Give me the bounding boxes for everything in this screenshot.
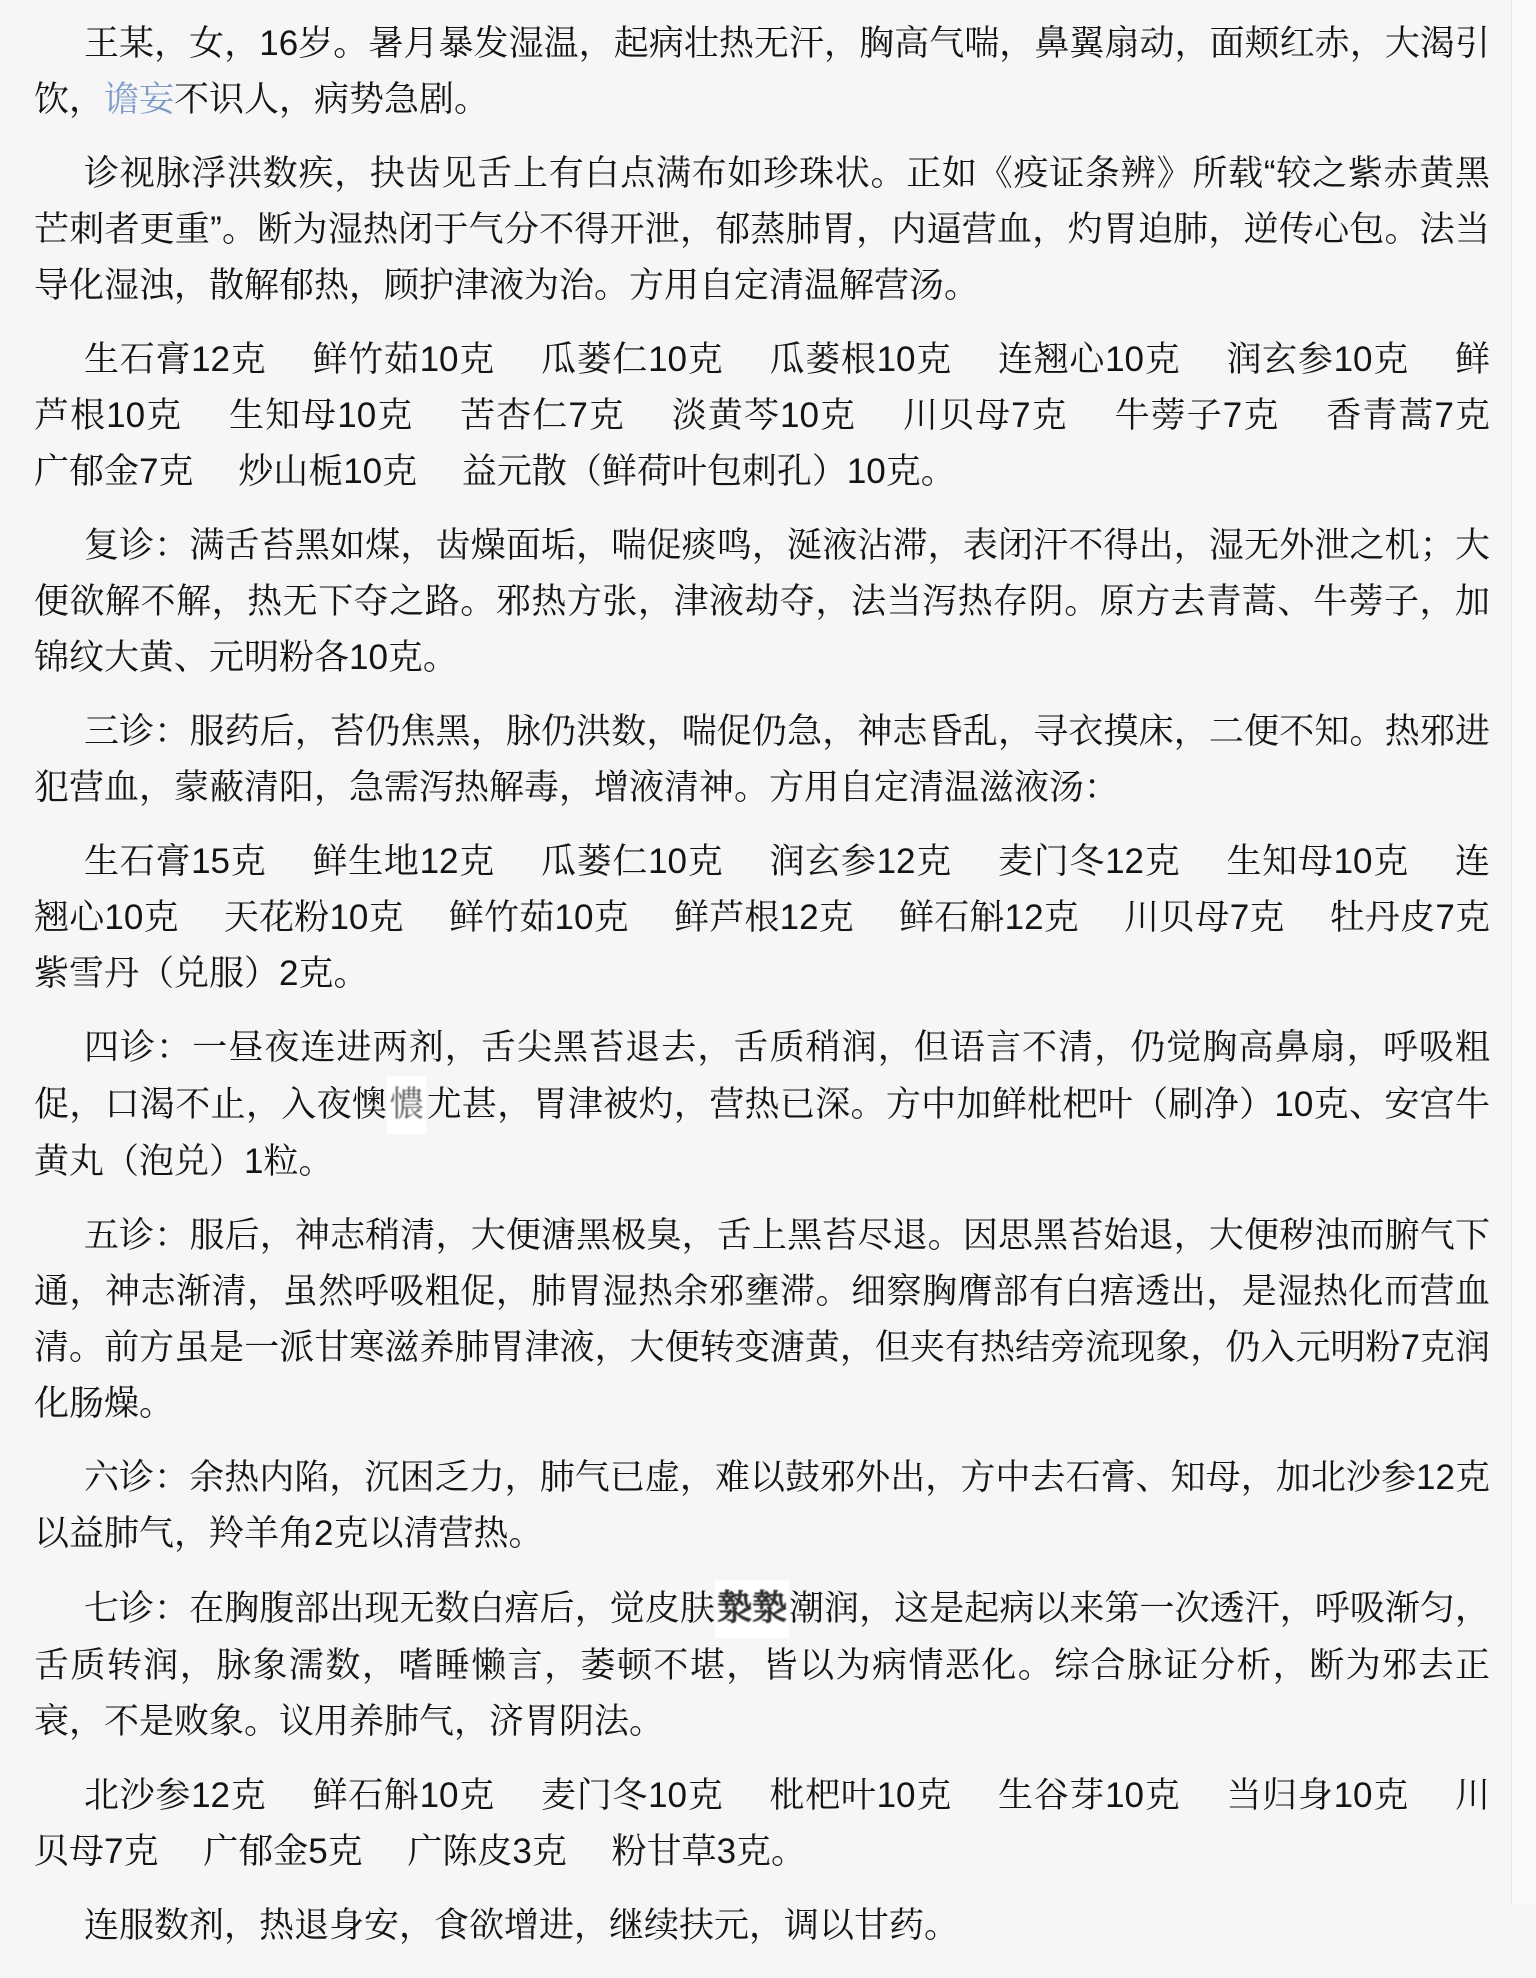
paragraph-second-visit: 复诊：满舌苔黑如煤，齿燥面垢，喘促痰鸣，涎液沾滞，表闭汗不得出，湿无外泄之机；大…	[34, 518, 1490, 686]
term-link-delirium[interactable]: 谵妄	[104, 80, 174, 119]
prescription-3: 北沙参12克 鲜石斛10克 麦门冬10克 枇杷叶10克 生谷芽10克 当归身10…	[34, 1768, 1490, 1880]
paragraph-fifth-visit: 五诊：服后，神志稍清，大便溏黑极臭，舌上黑苔尽退。因思黑苔始退，大便秽浊而腑气下…	[34, 1208, 1490, 1432]
paragraph-first-visit: 诊视脉浮洪数疾，抉齿见舌上有白点满布如珍珠状。正如《疫证条辨》所载“较之紫赤黄黑…	[34, 146, 1490, 314]
rare-char-image-nao: 憹	[387, 1076, 426, 1134]
prescription-2: 生石膏15克 鲜生地12克 瓜蒌仁10克 润玄参12克 麦门冬12克 生知母10…	[34, 834, 1490, 1002]
paragraph-third-visit: 三诊：服药后，苔仍焦黑，脉仍洪数，喘促仍急，神志昏乱，寻衣摸床，二便不知。热邪进…	[34, 704, 1490, 816]
paragraph-case-intro: 王某，女，16岁。暑月暴发湿温，起病壮热无汗，胸高气喘，鼻翼扇动，面颊红赤，大渴…	[34, 16, 1490, 128]
text-segment: 七诊：在胸腹部出现无数白痦后，觉皮肤	[84, 1589, 715, 1628]
scrollbar-track[interactable]	[1511, 0, 1536, 1904]
paragraph-outcome: 连服数剂，热退身安，食欲增进，继续扶元，调以甘药。	[34, 1898, 1490, 1954]
paragraph-fourth-visit: 四诊：一昼夜连进两剂，舌尖黑苔退去，舌质稍润，但语言不清，仍觉胸高鼻扇，呼吸粗促…	[34, 1020, 1490, 1190]
paragraph-sixth-visit: 六诊：余热内陷，沉困乏力，肺气已虚，难以鼓邪外出，方中去石膏、知母，加北沙参12…	[34, 1450, 1490, 1562]
rare-char-image-zhizhi: 漐漐	[715, 1580, 789, 1638]
reader-page: 王某，女，16岁。暑月暴发湿温，起病壮热无汗，胸高气喘，鼻翼扇动，面颊红赤，大渴…	[0, 0, 1536, 1978]
paragraph-seventh-visit: 七诊：在胸腹部出现无数白痦后，觉皮肤漐漐潮润，这是起病以来第一次透汗，呼吸渐匀，…	[34, 1580, 1490, 1750]
text-segment: 不识人，病势急剧。	[174, 80, 489, 119]
prescription-1: 生石膏12克 鲜竹茹10克 瓜蒌仁10克 瓜蒌根10克 连翘心10克 润玄参10…	[34, 332, 1490, 500]
